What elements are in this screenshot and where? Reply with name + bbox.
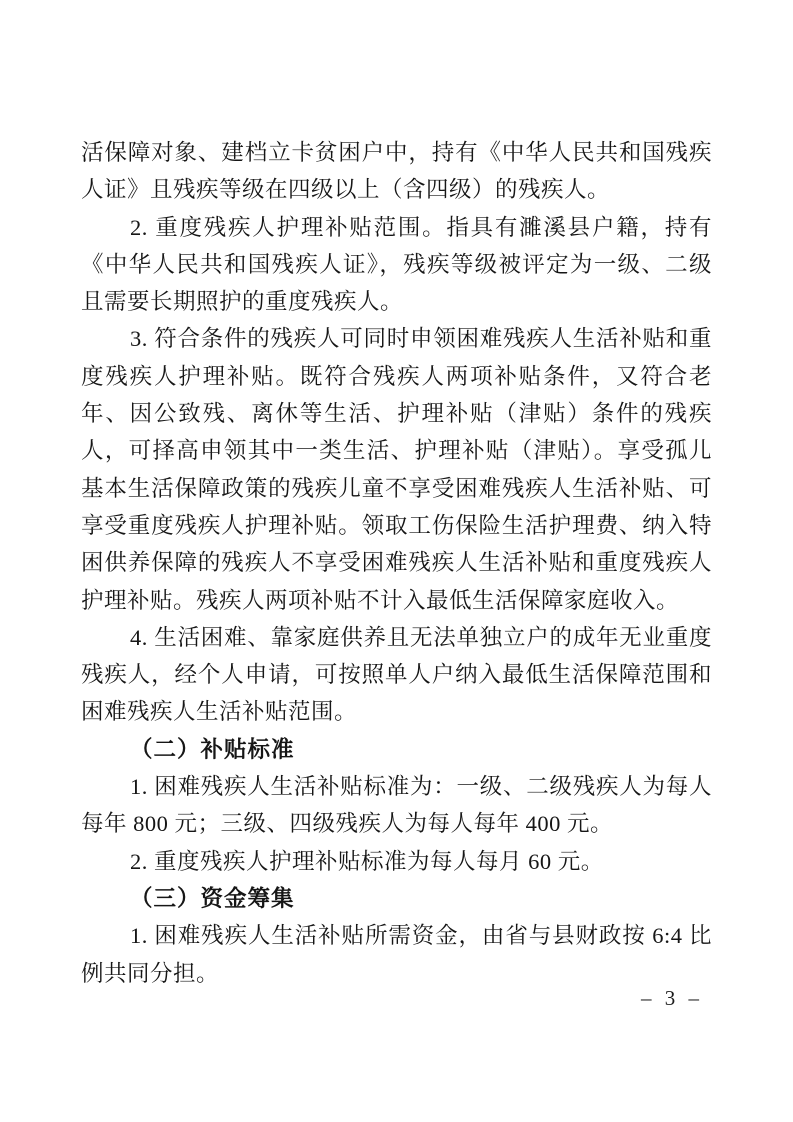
page-number: – 3 – [641, 986, 703, 1011]
paragraph: 2. 重度残疾人护理补贴范围。指具有濉溪县户籍，持有《中华人民共和国残疾人证》，… [81, 209, 712, 321]
paragraph: 1. 困难残疾人生活补贴所需资金，由省与县财政按 6:4 比例共同分担。 [81, 917, 712, 992]
document-body: 活保障对象、建档立卡贫困户中，持有《中华人民共和国残疾人证》且残疾等级在四级以上… [81, 134, 712, 992]
paragraph: 1. 困难残疾人生活补贴标准为：一级、二级残疾人为每人每年 800 元；三级、四… [81, 768, 712, 843]
section-heading: （二）补贴标准 [81, 731, 712, 768]
paragraph: 3. 符合条件的残疾人可同时申领困难残疾人生活补贴和重度残疾人护理补贴。既符合残… [81, 320, 712, 618]
document-page: 活保障对象、建档立卡贫困户中，持有《中华人民共和国残疾人证》且残疾等级在四级以上… [0, 0, 793, 1122]
paragraph: 4. 生活困难、靠家庭供养且无法单独立户的成年无业重度残疾人，经个人申请，可按照… [81, 619, 712, 731]
paragraph: 活保障对象、建档立卡贫困户中，持有《中华人民共和国残疾人证》且残疾等级在四级以上… [81, 134, 712, 209]
section-heading: （三）资金筹集 [81, 880, 712, 917]
paragraph: 2. 重度残疾人护理补贴标准为每人每月 60 元。 [81, 843, 712, 880]
